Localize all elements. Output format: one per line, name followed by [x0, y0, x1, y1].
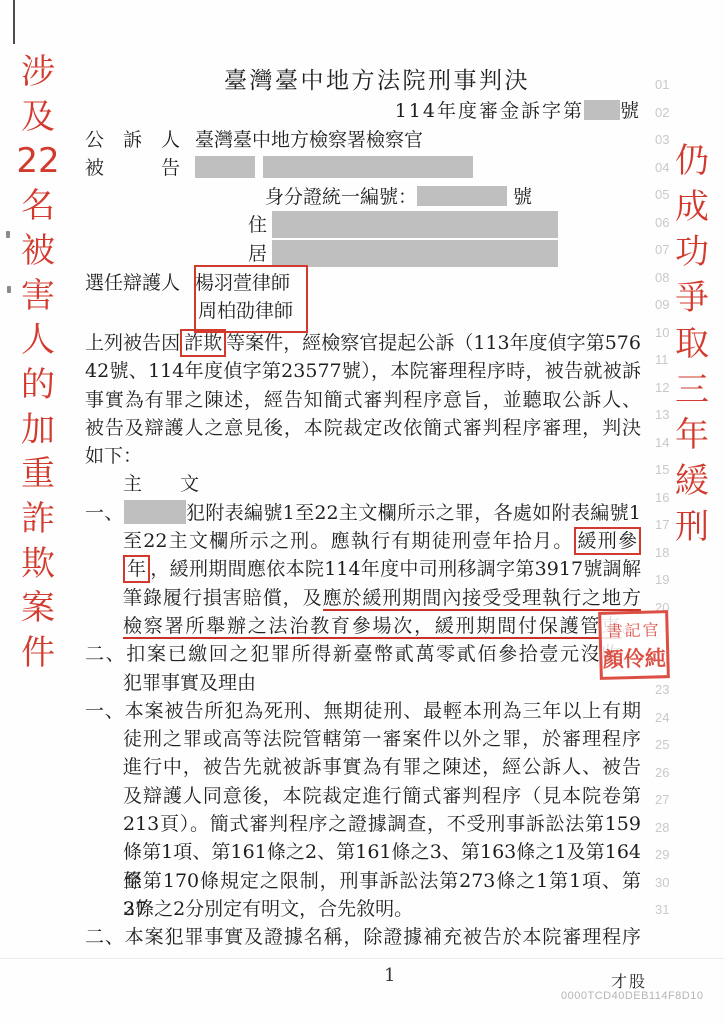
- line-number: 08: [655, 264, 681, 292]
- prosecutor-row: 公 訴 人臺灣臺中地方檢察署檢察官: [85, 126, 641, 155]
- redaction-box: [263, 156, 473, 178]
- defendant-row: 被 告: [85, 154, 641, 183]
- doc-line-30: 3條之2分別定有明文，合先敘明。: [85, 895, 641, 923]
- line-text: 筆錄履行損害賠償，及: [123, 587, 323, 609]
- counsel-row: 選任辯護人楊羽萱律師: [85, 269, 641, 298]
- line-number: 16: [655, 484, 681, 512]
- red-underlined-text: 應於緩刑期間內接受受理執行之地方: [323, 587, 641, 611]
- doc-line-14: 如下：: [85, 442, 641, 470]
- note-char: 重: [16, 452, 60, 497]
- left-margin-note: 涉及22名被害人的加重詐欺案件: [16, 50, 60, 676]
- id-number-row: 身分證統一編號：號: [85, 183, 641, 212]
- line-number: 19: [655, 566, 681, 594]
- note-char: 詐: [16, 497, 60, 542]
- doc-line-17: 至22主文欄所示之刑。應執行有期徒刑壹年拾月。緩刑參: [85, 527, 641, 555]
- line-number: 17: [655, 511, 681, 539]
- redaction-box: [124, 500, 186, 524]
- doc-line-12: 事實為有罪之陳述，經告知簡式審判程序意旨，並聽取公訴人、: [85, 386, 641, 414]
- doc-line-29: 至第170條規定之限制，刑事訴訟法第273條之1第1項、第27: [85, 867, 641, 895]
- stamp-title: 書記官: [601, 617, 666, 642]
- line-text: ，緩刑期間應依本院114年度中司刑移調字第3917號調解: [150, 558, 641, 580]
- doc-line-18: 年，緩刑期間應依本院114年度中司刑移調字第3917號調解: [85, 555, 641, 583]
- judgment-header: 114年度審金訴字第號 公 訴 人臺灣臺中地方檢察署檢察官 被 告 身分證統一編…: [85, 97, 641, 326]
- doc-line-25: 進行中，被告先就被訴事實為有罪之陳述，經公訴人、被告: [85, 753, 641, 781]
- residence-label: 住: [248, 214, 267, 236]
- line-number: 11: [655, 346, 681, 374]
- scan-artifact-line: [13, 0, 15, 44]
- document-title: 臺灣臺中地方法院刑事判決: [224, 62, 530, 95]
- line-number: 05: [655, 181, 681, 209]
- doc-line-13: 被告及辯護人之意見後，本院裁定改依簡式審判程序審理，判決: [85, 414, 641, 442]
- doc-line-19: 筆錄履行損害賠償，及應於緩刑期間內接受受理執行之地方: [85, 584, 641, 612]
- note-char: 害: [16, 274, 60, 319]
- doc-line-10: 上列被告因詐欺等案件，經檢察官提起公訴（113年度偵字第576: [85, 329, 641, 357]
- line-number: 25: [655, 731, 681, 759]
- doc-line-16: 一、犯附表編號1至22主文欄所示之罪，各處如附表編號1: [85, 499, 641, 527]
- id-label: 身分證統一編號：: [265, 186, 417, 208]
- scan-speck: [6, 231, 10, 238]
- redaction-box: [272, 211, 558, 238]
- case-number-prefix: 114年度審金訴字第: [395, 100, 584, 122]
- redaction-box: [584, 100, 620, 120]
- line-number: 01: [655, 71, 681, 99]
- line-number: 03: [655, 126, 681, 154]
- note-char: 加: [16, 408, 60, 453]
- probation-highlight-box-1: 緩刑參: [574, 527, 641, 555]
- redaction-box: [417, 186, 507, 206]
- line-number: 30: [655, 869, 681, 897]
- residence-row: 住: [85, 211, 641, 240]
- line-number: 28: [655, 814, 681, 842]
- note-char: 件: [16, 631, 60, 676]
- note-char: 的: [16, 363, 60, 408]
- doc-line-24: 徒刑之罪或高等法院管轄第一審案件以外之罪，於審理程序: [85, 725, 641, 753]
- document-barcode-text: 0000TCD40DEB114F8D10: [561, 990, 703, 1002]
- line-number: 14: [655, 429, 681, 457]
- line-number: 02: [655, 99, 681, 127]
- note-char: 被: [16, 229, 60, 274]
- line-number: 09: [655, 291, 681, 319]
- doc-line-15-main-text-heading: 主 文: [85, 470, 641, 498]
- doc-line-23: 一、本案被告所犯為死刑、無期徒刑、最輕本刑為三年以上有期: [85, 697, 641, 725]
- domicile-label: 居: [248, 243, 267, 265]
- redaction-box: [195, 156, 255, 178]
- line-number: 27: [655, 786, 681, 814]
- note-char: 案: [16, 586, 60, 631]
- case-number-line: 114年度審金訴字第號: [85, 97, 641, 126]
- scanned-judgment-page: 涉及22名被害人的加重詐欺案件 仍成功爭取三年緩刑 01020304050607…: [0, 0, 724, 1024]
- line-number-column: 0102030405060708091011121314151617181920…: [655, 71, 681, 924]
- line-number: 18: [655, 539, 681, 567]
- line-text: 至22主文欄所示之刑。應執行有期徒刑壹年拾月。: [123, 530, 574, 552]
- line-text: 上列被告因: [85, 332, 180, 354]
- counsel-label: 選任辯護人: [85, 269, 180, 298]
- doc-line-20: 檢察署所舉辦之法治教育參場次，緩刑期間付保護管束。: [85, 612, 641, 640]
- doc-line-11: 42號、114年度偵字第23577號），本院審理程序時，被告就被訴: [85, 357, 641, 385]
- doc-line-21: 二、扣案已繳回之犯罪所得新臺幣貳萬零貳佰參拾壹元沒收。: [85, 640, 641, 668]
- line-number: 26: [655, 759, 681, 787]
- doc-line-27: 213頁）。簡式審判程序之證據調查，不受刑事訴訟法第159: [85, 810, 641, 838]
- page-number: 1: [384, 965, 395, 986]
- note-char: 及: [16, 95, 60, 140]
- note-char: 人: [16, 318, 60, 363]
- line-number: 15: [655, 456, 681, 484]
- doc-line-28: 條第1項、第161條之2、第161條之3、第163條之1及第164條: [85, 838, 641, 866]
- note-char: 22: [16, 139, 60, 184]
- fraud-highlight-box: 詐欺: [180, 329, 226, 357]
- scan-speck: [7, 286, 11, 293]
- counsel-highlight-box: [194, 265, 308, 333]
- stamp-name: 顏伶純: [602, 642, 667, 674]
- counsel-row-2: 周柏劭律師: [85, 297, 641, 326]
- judgment-body: 上列被告因詐欺等案件，經檢察官提起公訴（113年度偵字第576 42號、114年…: [85, 329, 641, 952]
- line-text: 犯附表編號1至22主文欄所示之罪，各處如附表編號1: [186, 502, 641, 524]
- prosecutor-value: 臺灣臺中地方檢察署檢察官: [195, 129, 423, 151]
- id-suffix: 號: [513, 186, 532, 208]
- doc-line-26: 及辯護人同意後，本院裁定進行簡式審判程序（見本院卷第: [85, 782, 641, 810]
- domicile-row: 居: [85, 240, 641, 269]
- defendant-label: 被 告: [85, 154, 180, 183]
- line-number: 13: [655, 401, 681, 429]
- note-char: 欺: [16, 542, 60, 587]
- line-number: 24: [655, 704, 681, 732]
- doc-line-31: 二、本案犯罪事實及證據名稱，除證據補充被告於本院審理程序: [85, 923, 641, 951]
- line-number: 04: [655, 154, 681, 182]
- red-underlined-text: 檢察署所舉辦之法治教育參場次，緩刑期間付保護管束: [123, 615, 622, 639]
- item-number: 一、: [85, 502, 124, 524]
- note-char: 涉: [16, 50, 60, 95]
- probation-highlight-box-2: 年: [123, 555, 150, 583]
- line-number: 10: [655, 319, 681, 347]
- line-number: 29: [655, 841, 681, 869]
- line-text: 等案件，經檢察官提起公訴（113年度偵字第576: [226, 332, 641, 354]
- note-char: 名: [16, 184, 60, 229]
- clerk-division: 才股: [611, 969, 647, 992]
- prosecutor-label: 公 訴 人: [85, 126, 180, 155]
- line-number: 07: [655, 236, 681, 264]
- clerk-stamp: 書記官 顏伶純: [598, 610, 670, 680]
- line-number: 23: [655, 676, 681, 704]
- redaction-box: [272, 240, 558, 267]
- case-number-suffix: 號: [620, 100, 641, 122]
- line-number: 12: [655, 374, 681, 402]
- doc-line-22-facts-heading: 犯罪事實及理由: [85, 669, 641, 697]
- line-number: 06: [655, 209, 681, 237]
- line-number: 31: [655, 896, 681, 924]
- footer-divider: [0, 958, 724, 959]
